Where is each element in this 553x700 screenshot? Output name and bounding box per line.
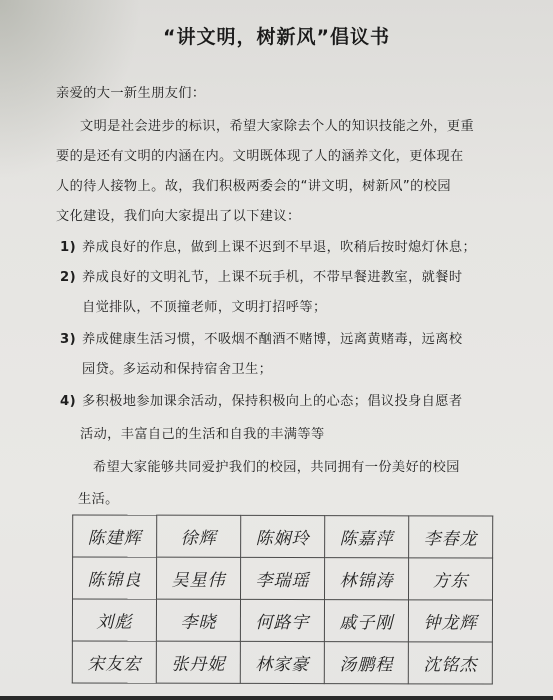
signature: 汤鹏程 — [339, 650, 393, 675]
suggestion-text: 养成良好的作息，做到上课不迟到不早退，吹稍后按时熄灯休息； — [82, 240, 476, 255]
signature-cell: 李晓 — [156, 599, 240, 641]
signature: 李瑞瑶 — [256, 566, 310, 591]
signature-cell: 李瑞瑶 — [241, 557, 325, 599]
signature: 陈锦良 — [88, 565, 142, 590]
suggestion-number: 2) — [60, 270, 82, 286]
intro-line-3: 人的待人接物上。故，我们积极两委会的“讲文明，树新风”的校园 — [56, 179, 451, 195]
suggestion-text: 多积极地参加课余活动，保持积极向上的心态；倡议投身自愿者 — [82, 394, 462, 409]
suggestion-text: 养成健康生活习惯，不吸烟不酗酒不赌博，远离黄赌毒，远离校 — [82, 332, 462, 347]
signature: 陈娴玲 — [256, 524, 310, 549]
closing-line-1: 希望大家能够共同爱护我们的校园，共同拥有一份美好的校园 — [93, 460, 460, 476]
intro-line-2: 要的是还有文明的内涵在内。文明既体现了人的涵养文化，更体现在 — [56, 149, 464, 165]
signature-cell: 钟龙辉 — [408, 600, 492, 642]
suggestion-1: 1)养成良好的作息，做到上课不迟到不早退，吹稍后按时熄灯休息； — [60, 240, 476, 256]
signature-row: 陈建辉 徐辉 陈娴玲 陈嘉萍 李春龙 — [73, 515, 493, 558]
signature-cell: 陈锦良 — [73, 557, 157, 599]
signature: 徐辉 — [181, 524, 217, 549]
suggestion-number: 1) — [60, 240, 82, 256]
signature: 张丹妮 — [171, 650, 225, 675]
signature: 吴星伟 — [172, 566, 226, 591]
signature-cell: 林锦涛 — [324, 558, 408, 600]
signature-cell: 方东 — [408, 558, 492, 600]
signature-cell: 李春龙 — [409, 516, 493, 558]
closing-line-2: 生活。 — [78, 492, 119, 508]
signature: 方东 — [433, 566, 469, 591]
signature: 戚子刚 — [339, 608, 393, 633]
suggestion-4: 4)多积极地参加课余活动，保持积极向上的心态；倡议投身自愿者 — [60, 394, 462, 410]
photo-bottom-edge — [0, 696, 553, 700]
signature: 刘彪 — [96, 608, 132, 633]
signature-cell: 戚子刚 — [324, 600, 408, 642]
signature: 宋友宏 — [87, 649, 141, 674]
signature-cell: 林家豪 — [240, 641, 324, 683]
document-title: “讲文明，树新风”倡议书 — [0, 22, 553, 49]
signature-row: 宋友宏 张丹妮 林家豪 汤鹏程 沈铭杰 — [72, 641, 492, 684]
signature-table: 陈建辉 徐辉 陈娴玲 陈嘉萍 李春龙 陈锦良 吴星伟 李瑞瑶 林锦涛 方东 刘彪… — [72, 514, 493, 684]
signature: 何路宇 — [255, 608, 309, 633]
suggestion-2-continued: 自觉排队，不顶撞老师，文明打招呼等； — [82, 300, 327, 316]
salutation: 亲爱的大一新生朋友们： — [56, 86, 205, 102]
signature-cell: 张丹妮 — [156, 641, 240, 683]
intro-line-1: 文明是社会进步的标识，希望大家除去个人的知识技能之外，更重 — [80, 119, 474, 135]
signature: 林家豪 — [255, 650, 309, 675]
suggestion-number: 3) — [60, 332, 82, 348]
signature: 李春龙 — [424, 524, 478, 549]
signature-cell: 徐辉 — [157, 515, 241, 557]
signature-row: 刘彪 李晓 何路宇 戚子刚 钟龙辉 — [72, 599, 492, 642]
suggestion-4-continued: 活动，丰富自己的生活和自我的丰满等等 — [80, 427, 325, 443]
signature-cell: 陈嘉萍 — [325, 516, 409, 558]
signature-cell: 吴星伟 — [157, 557, 241, 599]
signature: 钟龙辉 — [423, 608, 477, 633]
signature-cell: 陈建辉 — [73, 515, 157, 557]
signature-cell: 陈娴玲 — [241, 515, 325, 557]
signature: 林锦涛 — [340, 566, 394, 591]
signature-row: 陈锦良 吴星伟 李瑞瑶 林锦涛 方东 — [73, 557, 493, 600]
signature-cell: 宋友宏 — [72, 641, 156, 683]
signature: 李晓 — [180, 608, 216, 633]
signature-cell: 沈铭杰 — [408, 642, 492, 684]
suggestion-number: 4) — [60, 394, 82, 410]
suggestion-3-continued: 园贷。多运动和保持宿舍卫生； — [82, 362, 272, 378]
suggestion-3: 3)养成健康生活习惯，不吸烟不酗酒不赌博，远离黄赌毒，远离校 — [60, 332, 462, 348]
signature: 沈铭杰 — [423, 650, 477, 675]
signature: 陈建辉 — [88, 523, 142, 548]
suggestion-text: 养成良好的文明礼节，上课不玩手机，不带早餐进教室，就餐时 — [82, 270, 462, 285]
signature-cell: 何路宇 — [240, 599, 324, 641]
signature: 陈嘉萍 — [340, 524, 394, 549]
suggestion-2: 2)养成良好的文明礼节，上课不玩手机，不带早餐进教室，就餐时 — [60, 270, 462, 286]
signature-cell: 汤鹏程 — [324, 642, 408, 684]
intro-line-4: 文化建设，我们向大家提出了以下建议： — [56, 209, 301, 225]
signature-cell: 刘彪 — [72, 599, 156, 641]
